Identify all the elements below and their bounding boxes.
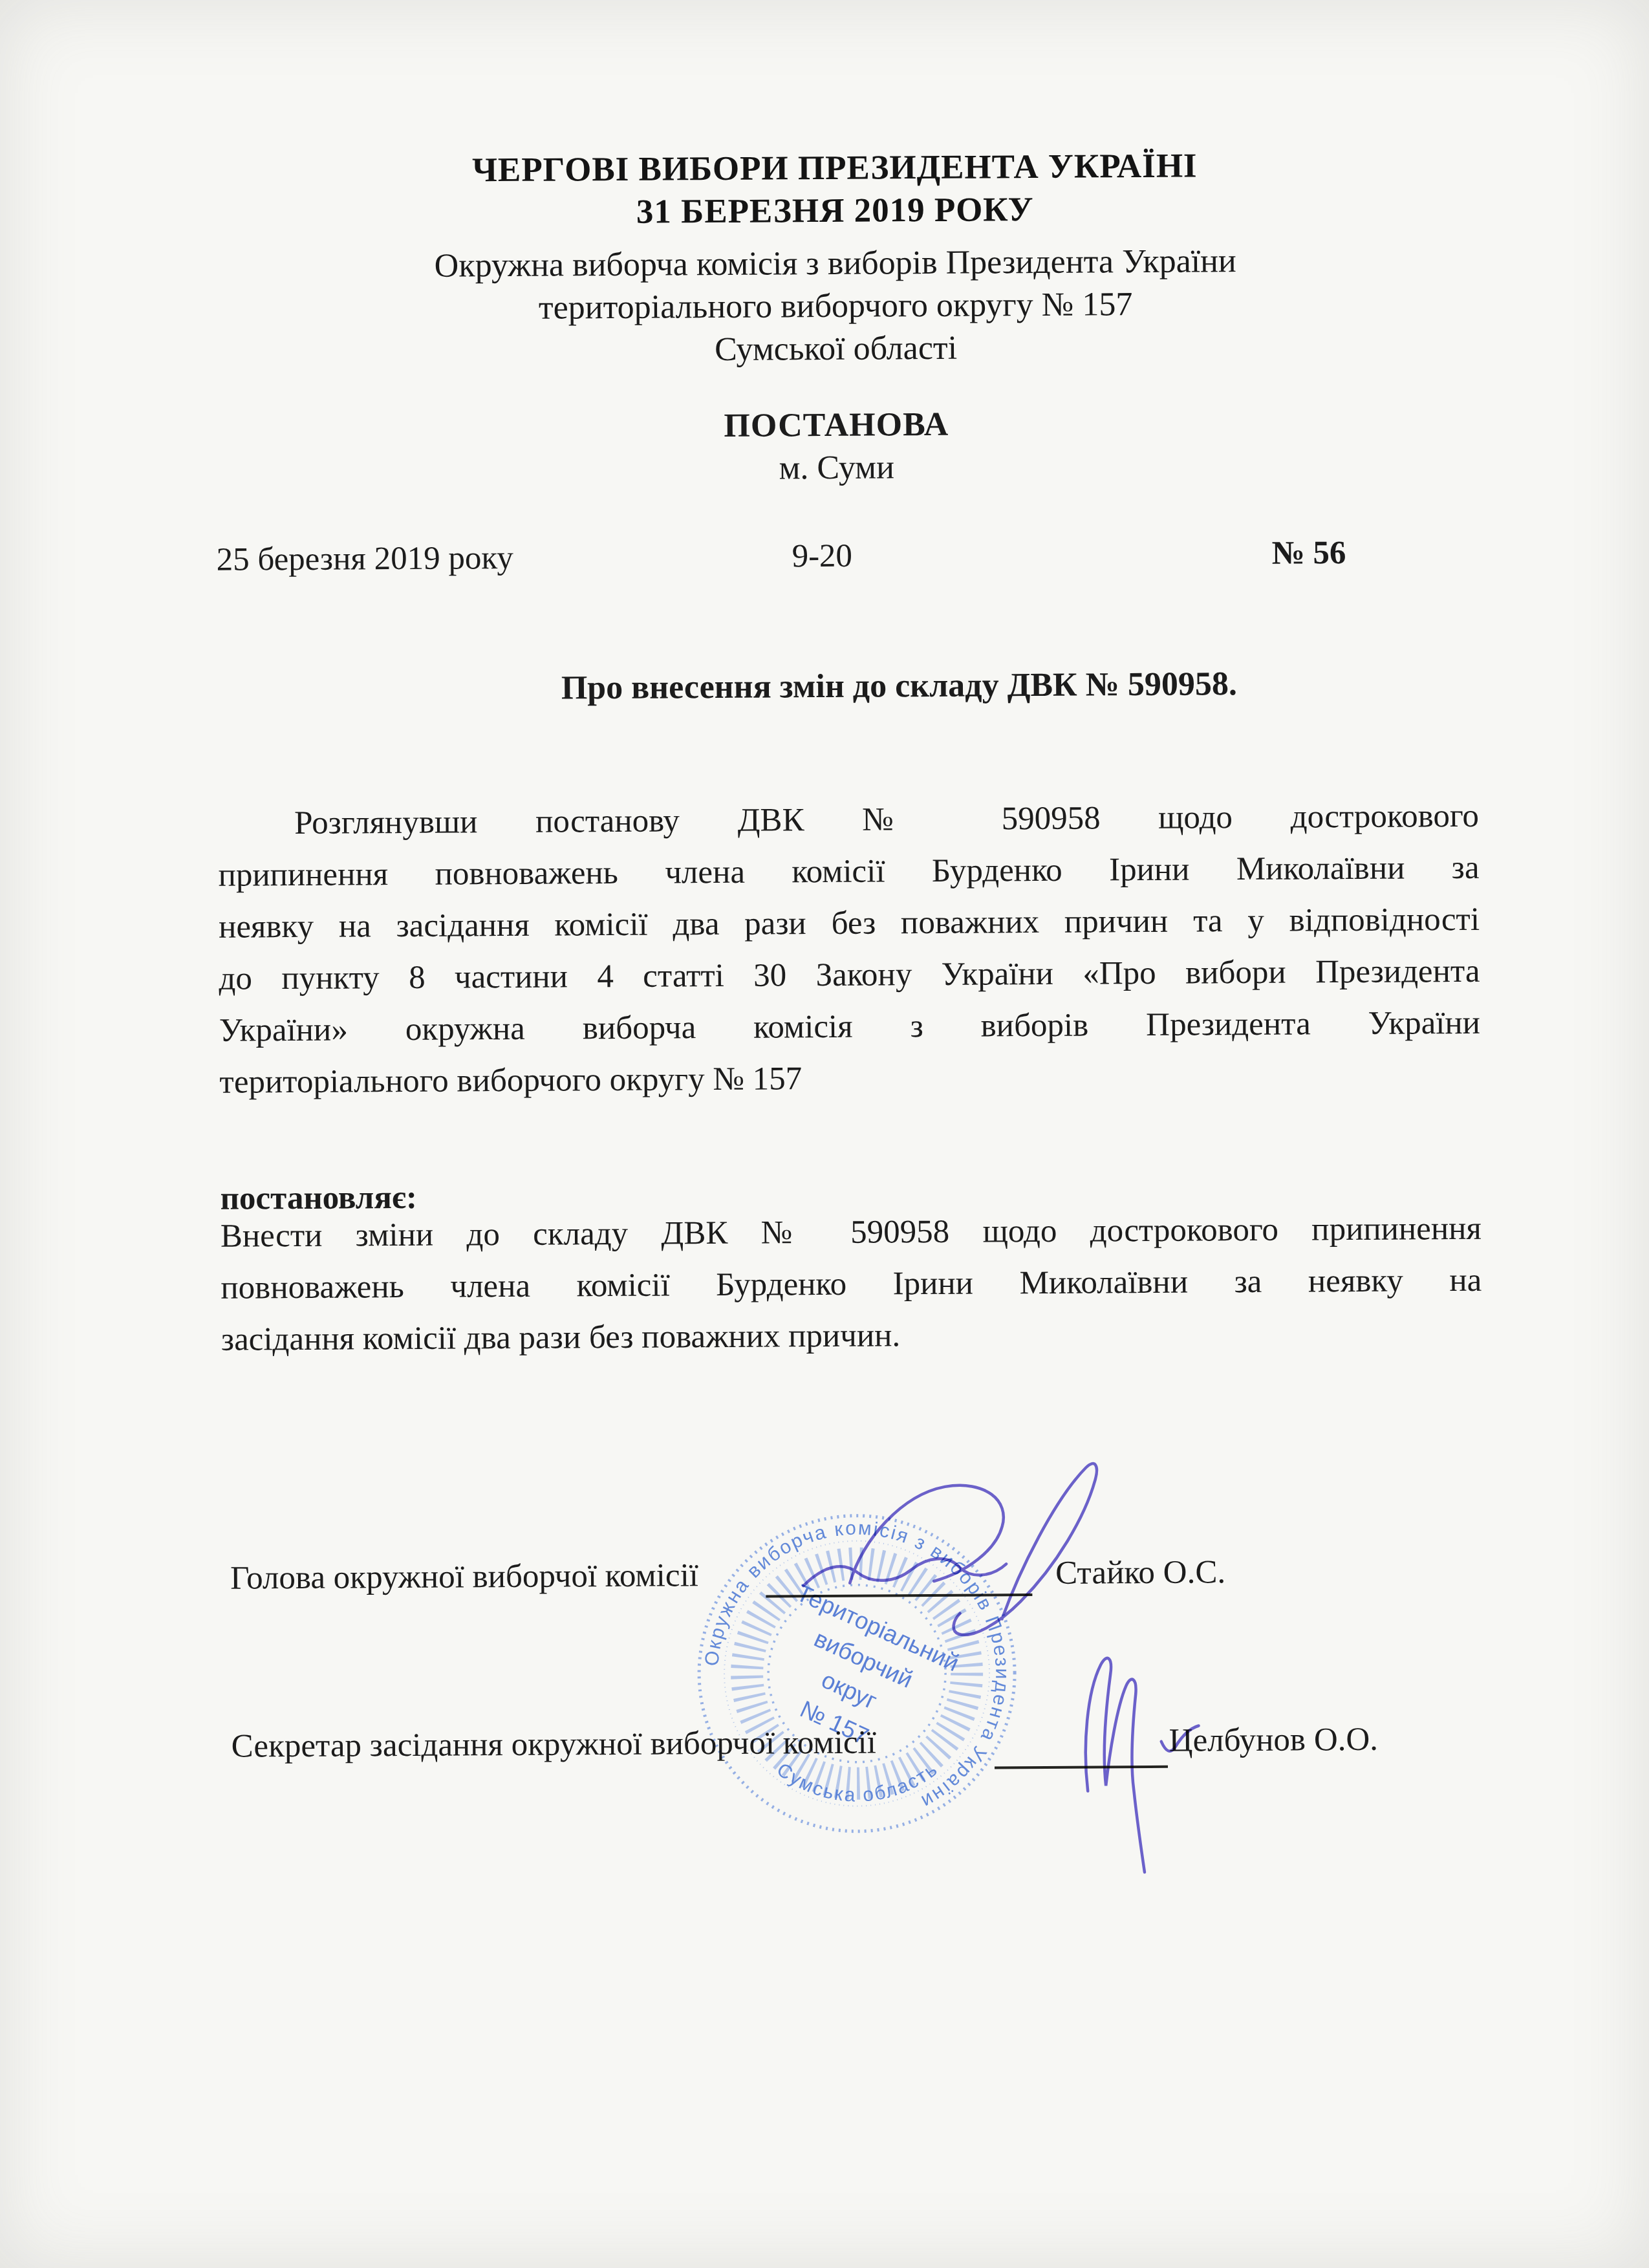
doc-time: 9-20 [792,535,852,578]
signature-name-secretary: Целбунов О.О. [1169,1716,1379,1764]
doc-number: № 56 [1271,532,1346,575]
doc-type-block: ПОСТАНОВА м. Суми [28,399,1645,494]
official-stamp: Окружна виборча комісія з виборів Презид… [681,1498,1045,1862]
paragraph-line: припинення повноважень члена комісії Бур… [218,842,1479,902]
paragraph-line: Внести зміни до складу ДВК № 590958 щодо… [221,1203,1482,1262]
paragraph-line: Розглянувши постанову ДВК № 590958 щодо … [218,790,1479,850]
doc-date: 25 березня 2019 року [216,537,513,581]
stamp-tick-ring [746,1563,967,1784]
scanned-document-page: ЧЕРГОВІ ВИБОРИ ПРЕЗИДЕНТА УКРАЇНІ 31 БЕР… [0,0,1649,2268]
header-line-oblast: Сумської області [27,323,1644,375]
paragraph-resolution: Внести зміни до складу ДВК № 590958 щодо… [221,1203,1482,1366]
header-line-date: 31 БЕРЕЗНЯ 2019 РОКУ [27,184,1643,237]
signature-name-head: Стайко О.С. [1055,1549,1225,1597]
doc-subject: Про внесення змін до складу ДВК № 590958… [561,663,1238,709]
document-header-bold: ЧЕРГОВІ ВИБОРИ ПРЕЗИДЕНТА УКРАЇНІ 31 БЕР… [27,142,1644,237]
paragraph-line: до пункту 8 частини 4 статті 30 Закону У… [219,945,1480,1005]
doc-city: м. Суми [28,442,1645,494]
paragraph-preamble: Розглянувши постанову ДВК № 590958 щодо … [218,790,1481,1108]
signature-label-head: Голова окружної виборчої комісії [230,1552,698,1601]
paragraph-line: неявку на засідання комісії два рази без… [219,894,1480,953]
paragraph-line: повноважень члена комісії Бурденко Ірини… [221,1255,1482,1314]
document-header-commission: Окружна виборча комісія з виборів Презид… [27,237,1644,375]
document-content: ЧЕРГОВІ ВИБОРИ ПРЕЗИДЕНТА УКРАЇНІ 31 БЕР… [0,0,1649,2268]
paragraph-line: України» окружна виборча комісія з вибор… [219,997,1480,1057]
paragraph-line: територіального виборчого округу № 157 [219,1049,1480,1108]
paragraph-line: засідання комісії два рази без поважних … [221,1306,1482,1366]
